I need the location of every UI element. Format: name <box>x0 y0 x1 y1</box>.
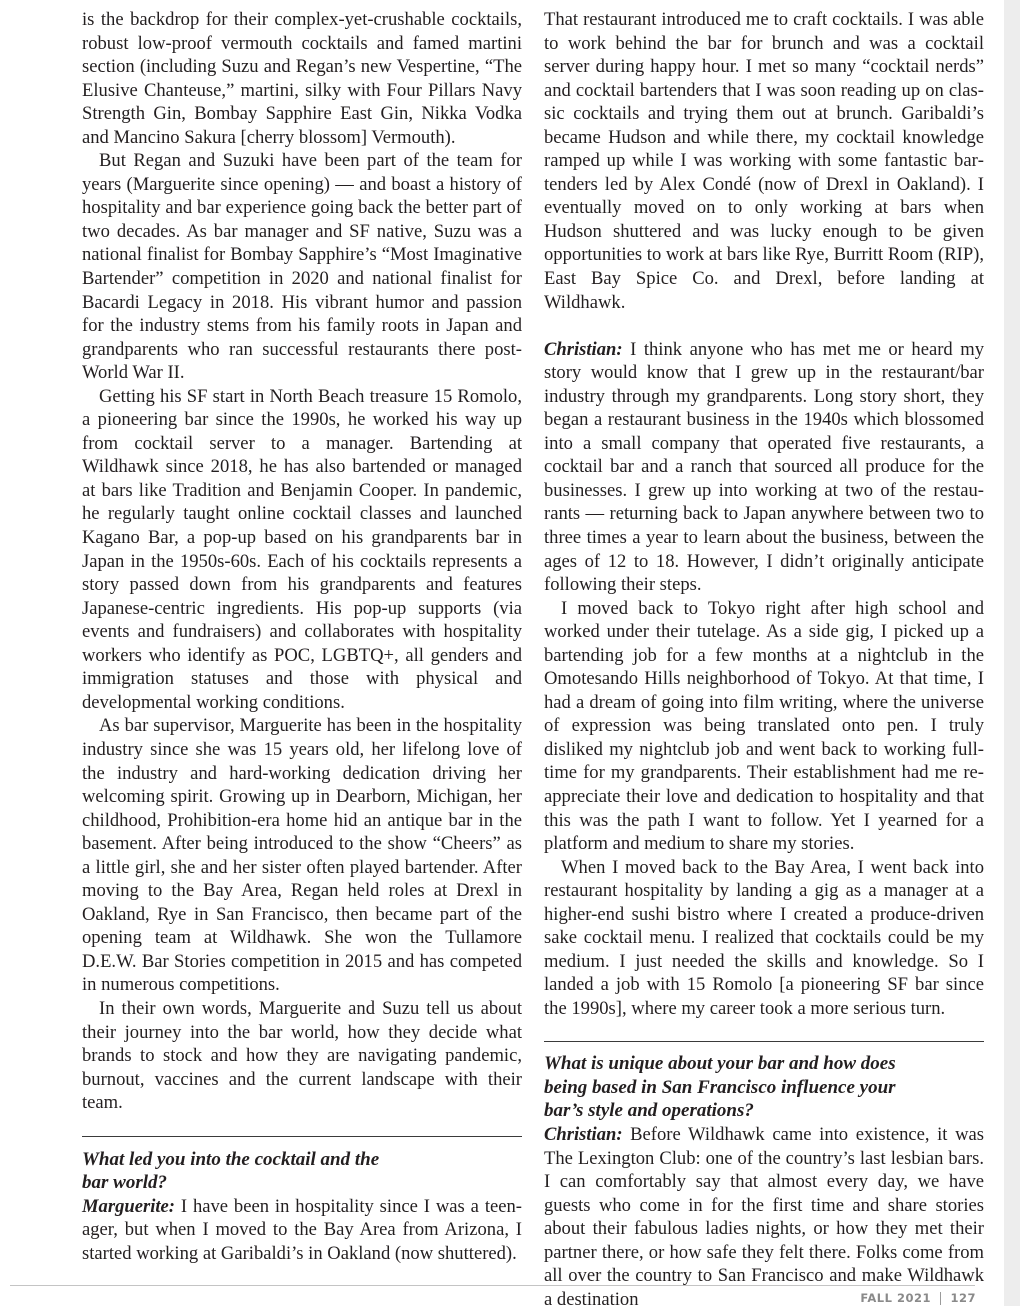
paragraph: That restaurant introduced me to craft c… <box>544 8 984 314</box>
answer-text: Before Wildhawk came into existence, it … <box>544 1124 984 1306</box>
paragraph: is the backdrop for their complex-yet-cr… <box>82 8 522 149</box>
paragraph: When I moved back to the Bay Area, I wen… <box>544 856 984 1021</box>
page-footer: FALL 2021 127 <box>860 1291 976 1305</box>
right-column: That restaurant introduced me to craft c… <box>544 8 984 1306</box>
speaker-name: Marguerite: <box>82 1196 175 1217</box>
paragraph: Getting his SF start in North Beach trea… <box>82 385 522 715</box>
answer-text: I think anyone who has met me or heard m… <box>544 339 984 595</box>
left-column: is the backdrop for their complex-yet-cr… <box>82 8 522 1265</box>
interview-answer: Christian: Before Wildhawk came into exi… <box>544 1123 984 1306</box>
interview-answer: Christian: I think anyone who has met me… <box>544 338 984 597</box>
paragraph: As bar supervisor, Marguerite has been i… <box>82 714 522 997</box>
question-line: What led you into the cocktail and the <box>82 1148 522 1172</box>
interview-question: What is unique about your bar and how do… <box>544 1052 984 1123</box>
speaker-name: Christian: <box>544 339 623 360</box>
question-line: What is unique about your bar and how do… <box>544 1052 984 1076</box>
paragraph: In their own words, Marguerite and Suzu … <box>82 997 522 1115</box>
section-divider <box>544 1041 984 1042</box>
question-line: bar world? <box>82 1171 522 1195</box>
page-number: 127 <box>950 1291 976 1305</box>
paragraph: I moved back to Tokyo right after high s… <box>544 597 984 856</box>
page-edge-strip <box>1004 0 1020 1306</box>
footer-divider <box>10 1285 975 1286</box>
paragraph: But Regan and Suzuki have been part of t… <box>82 149 522 384</box>
interview-question: What led you into the cocktail and the b… <box>82 1148 522 1195</box>
issue-label: FALL 2021 <box>860 1291 931 1305</box>
footer-separator <box>940 1292 942 1305</box>
question-line: being based in San Francisco influence y… <box>544 1076 984 1100</box>
speaker-name: Christian: <box>544 1124 623 1145</box>
interview-answer: Marguerite: I have been in hospitality s… <box>82 1195 522 1266</box>
section-divider <box>82 1136 522 1137</box>
question-line: bar’s style and operations? <box>544 1099 984 1123</box>
